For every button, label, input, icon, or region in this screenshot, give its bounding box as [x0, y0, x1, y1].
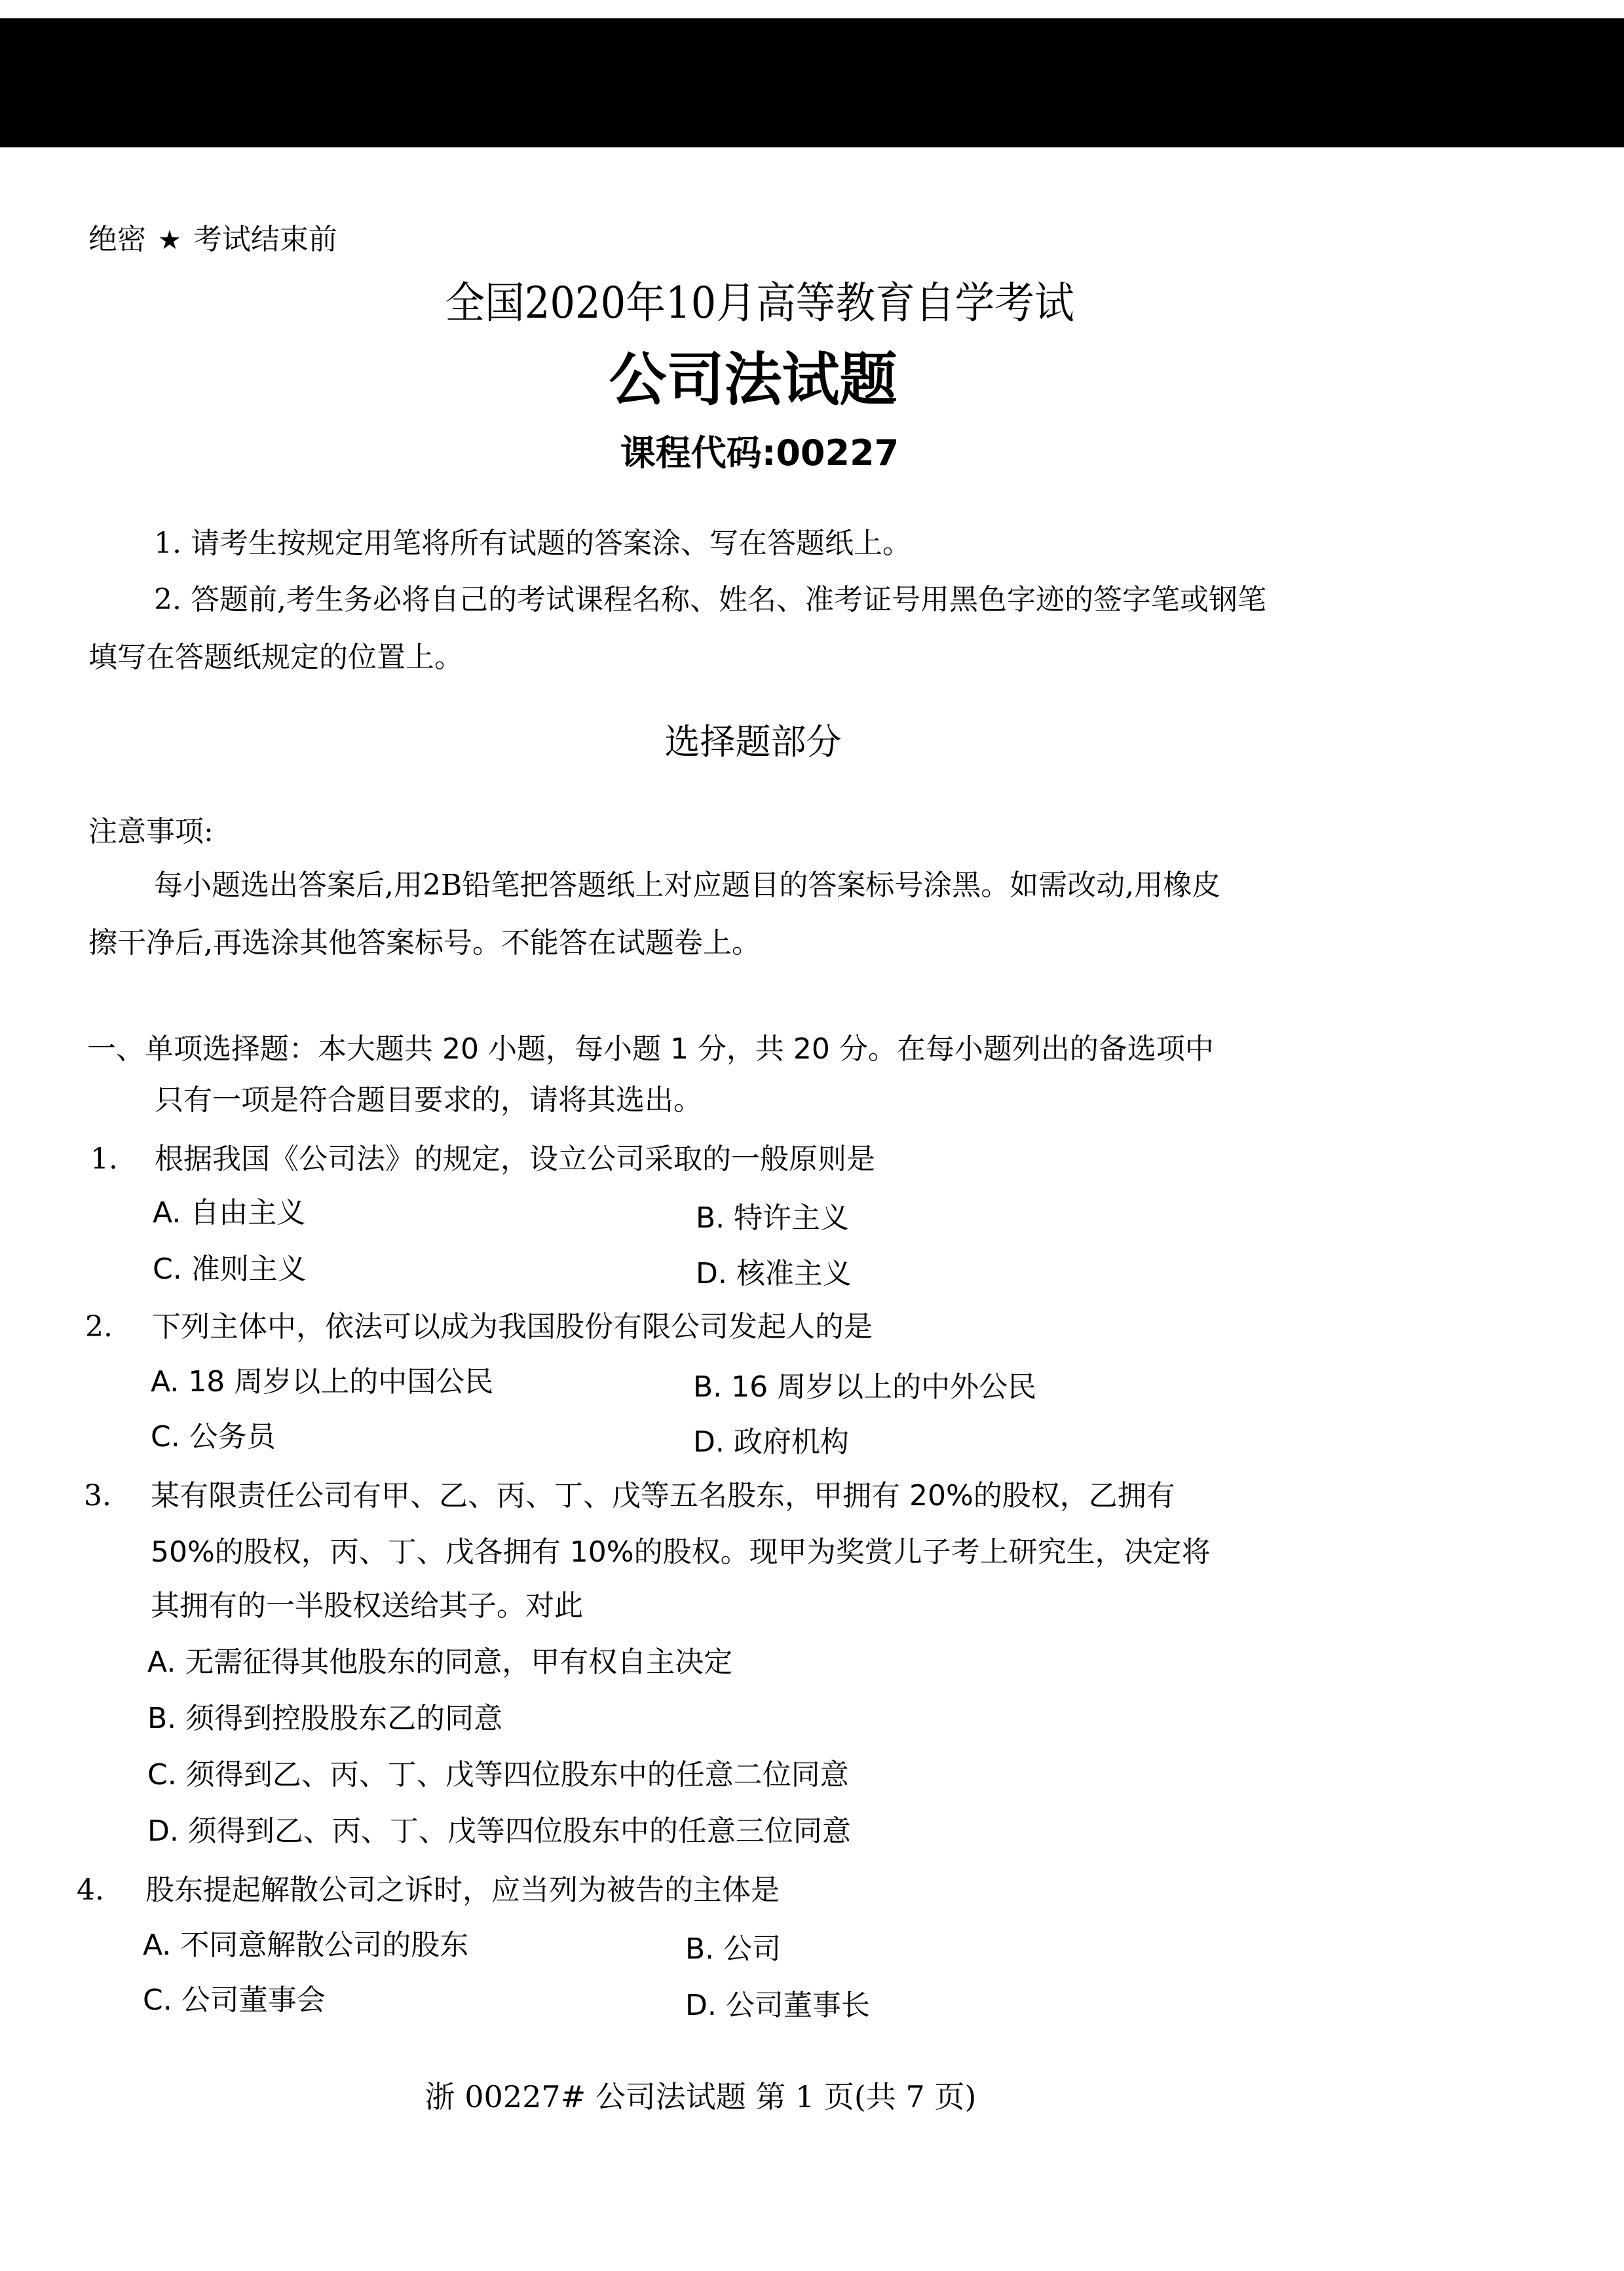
option-text: 须得到控股股东乙的同意: [185, 1702, 502, 1735]
question-number: 1.: [90, 1140, 118, 1179]
option-label: D.: [147, 1814, 179, 1848]
option-label: D.: [696, 1257, 727, 1290]
instruction-2: 2. 答题前,考生务必将自己的考试课程名称、姓名、准考证号用黑色字迹的签字笔或钢…: [154, 580, 1266, 620]
option-c: C. 须得到乙、丙、丁、戊等四位股东中的任意二位同意: [147, 1755, 849, 1795]
option-d: D. 核准主义: [696, 1254, 852, 1294]
instruction-1: 1. 请考生按规定用笔将所有试题的答案涂、写在答题纸上。: [154, 524, 911, 563]
part-one-title-line-2: 只有一项是符合题目要求的，请将其选出。: [155, 1081, 702, 1120]
option-label: C.: [147, 1758, 177, 1792]
option-text: 16 周岁以上的中外公民: [731, 1370, 1036, 1404]
option-label: A.: [151, 1365, 179, 1398]
part-one-title-line-1: 一、单项选择题：本大题共 20 小题，每小题 1 分，共 20 分。在每小题列出…: [87, 1030, 1214, 1069]
option-label: B.: [696, 1201, 725, 1235]
confidentiality-note: 考试结束前: [193, 223, 337, 256]
option-text: 自由主义: [190, 1196, 305, 1229]
option-text: 核准主义: [736, 1257, 852, 1290]
option-text: 须得到乙、丙、丁、戊等四位股东中的任意二位同意: [186, 1758, 849, 1792]
option-label: B.: [693, 1370, 722, 1404]
question-stem: 股东提起解散公司之诉时，应当列为被告的主体是: [145, 1871, 780, 1910]
option-text: 公司董事会: [181, 1983, 326, 2017]
option-d: D. 公司董事长: [685, 1986, 870, 2025]
option-text: 公务员: [189, 1420, 276, 1454]
star-icon: ★: [158, 225, 181, 255]
option-text: 特许主义: [734, 1201, 849, 1235]
option-c: C. 准则主义: [153, 1250, 307, 1289]
option-c: C. 公务员: [151, 1417, 276, 1457]
option-text: 政府机构: [734, 1425, 849, 1459]
option-c: C. 公司董事会: [143, 1981, 326, 2020]
option-text: 公司董事长: [726, 1989, 870, 2022]
option-label: D.: [685, 1989, 717, 2022]
question-stem-line-2: 50%的股权，丙、丁、戊各拥有 10%的股权。现甲为奖赏儿子考上研究生，决定将: [151, 1533, 1211, 1572]
option-label: C.: [143, 1983, 172, 2017]
question-number: 3.: [84, 1476, 111, 1516]
page-footer: 浙 00227# 公司法试题 第 1 页(共 7 页): [0, 2075, 1513, 2118]
confidentiality-header: 绝密★考试结束前: [88, 220, 337, 260]
option-b: B. 须得到控股股东乙的同意: [147, 1699, 502, 1738]
option-text: 准则主义: [191, 1252, 307, 1286]
option-b: B. 公司: [685, 1930, 781, 1969]
option-a: A. 自由主义: [153, 1193, 305, 1233]
option-b: B. 特许主义: [696, 1199, 849, 1238]
course-code: 课程代码:00227: [0, 427, 1572, 479]
option-d: D. 须得到乙、丙、丁、戊等四位股东中的任意三位同意: [147, 1812, 851, 1851]
option-label: B.: [147, 1702, 176, 1735]
question-stem: 根据我国《公司法》的规定，设立公司采取的一般原则是: [155, 1140, 875, 1179]
option-b: B. 16 周岁以上的中外公民: [693, 1368, 1036, 1407]
paper-title: 公司法试题: [0, 341, 1565, 419]
option-text: 18 周岁以上的中国公民: [188, 1365, 493, 1398]
exam-title: 全国2020年10月高等教育自学考试: [12, 274, 1507, 333]
confidentiality-label: 绝密: [88, 223, 146, 256]
option-text: 无需征得其他股东的同意，甲有权自主决定: [185, 1645, 732, 1679]
notice-label: 注意事项:: [88, 812, 214, 852]
option-label: A.: [143, 1928, 171, 1962]
notice-line-2: 擦干净后,再选涂其他答案标号。不能答在试题卷上。: [88, 924, 761, 963]
question-stem: 下列主体中，依法可以成为我国股份有限公司发起人的是: [152, 1307, 873, 1347]
option-a: A. 不同意解散公司的股东: [143, 1926, 468, 1965]
question-stem-line-1: 某有限责任公司有甲、乙、丙、丁、戊等五名股东，甲拥有 20%的股权，乙拥有: [151, 1476, 1175, 1516]
option-label: D.: [693, 1425, 725, 1459]
question-number: 4.: [77, 1871, 104, 1910]
option-text: 须得到乙、丙、丁、戊等四位股东中的任意三位同意: [188, 1814, 851, 1848]
option-text: 公司: [723, 1932, 781, 1966]
option-label: A.: [153, 1196, 181, 1229]
option-text: 不同意解散公司的股东: [180, 1928, 468, 1962]
option-label: C.: [151, 1420, 180, 1454]
option-d: D. 政府机构: [693, 1423, 849, 1462]
section-heading: 选择题部分: [0, 717, 1565, 767]
option-a: A. 无需征得其他股东的同意，甲有权自主决定: [147, 1643, 732, 1682]
option-label: A.: [147, 1645, 176, 1679]
instruction-2-continued: 填写在答题纸规定的位置上。: [88, 638, 463, 677]
top-black-bar: [0, 18, 1624, 147]
option-a: A. 18 周岁以上的中国公民: [151, 1362, 493, 1402]
question-stem-line-3: 其拥有的一半股权送给其子。对此: [151, 1586, 583, 1626]
option-label: C.: [153, 1252, 182, 1286]
notice-line-1: 每小题选出答案后,用2B铅笔把答题纸上对应题目的答案标号涂黑。如需改动,用橡皮: [154, 866, 1220, 905]
question-number: 2.: [85, 1307, 113, 1347]
option-label: B.: [685, 1932, 714, 1966]
